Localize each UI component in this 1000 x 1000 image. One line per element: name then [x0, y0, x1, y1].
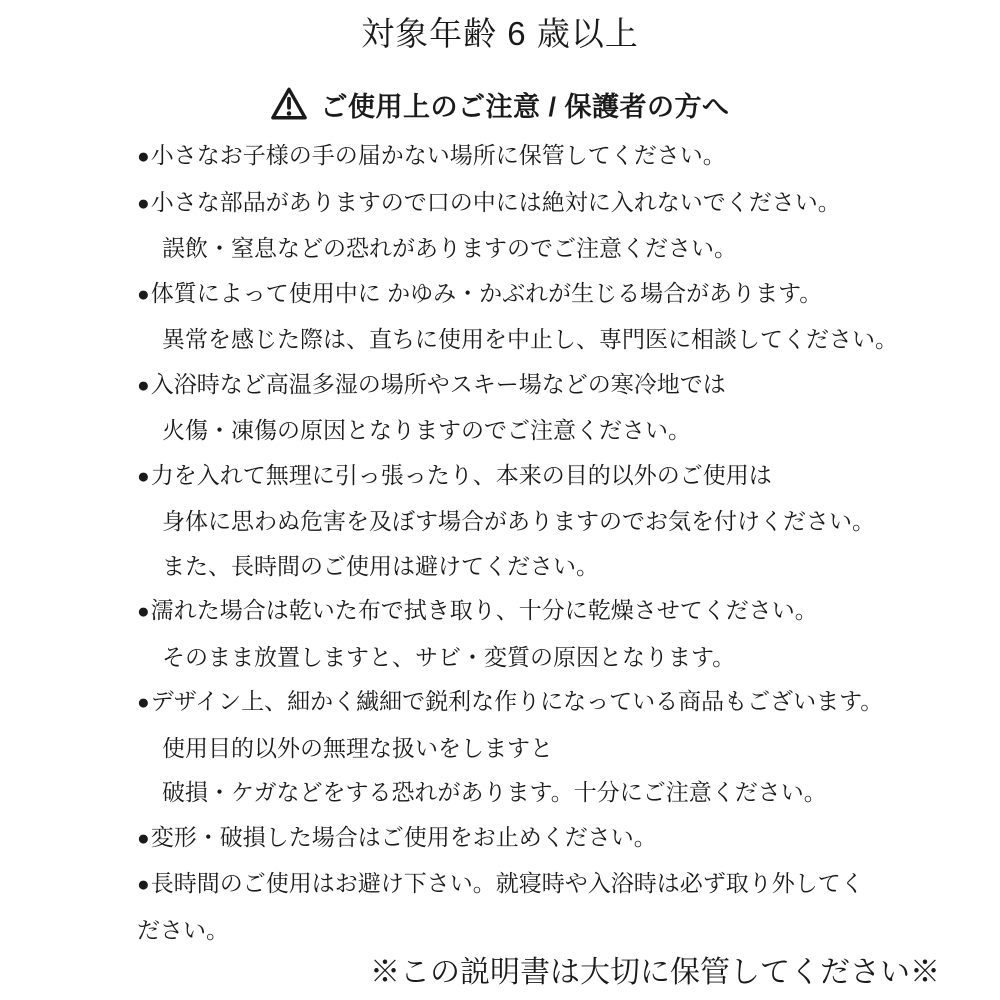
notice-item-continuation: 破損・ケガなどをする恐れがあります。十分にご注意ください。 [137, 770, 1000, 815]
caution-heading-text: ご使用上のご注意 / 保護者の方へ [320, 85, 729, 124]
notice-item: ●デザイン上、細かく繊細で鋭利な作りになっている商品もございます。 [137, 679, 1000, 726]
caution-heading: ご使用上のご注意 / 保護者の方へ [0, 85, 1000, 123]
bullet-icon: ● [137, 374, 150, 397]
bullet-icon: ● [137, 873, 150, 896]
bullet-icon: ● [137, 691, 150, 714]
notice-item-continuation: 火傷・凍傷の原因となりますのでご注意ください。 [137, 408, 1000, 453]
warning-triangle-icon [270, 86, 308, 122]
care-instructions-sheet: 対象年齢 6 歳以上 ご使用上のご注意 / 保護者の方へ ●小さなお子様の手の届… [0, 0, 1000, 1000]
notice-item-continuation: 異常を感じた際は、直ちに使用を中止し、専門医に相談してください。 [137, 317, 1000, 362]
notice-item: ●小さなお子様の手の届かない場所に保管してください。 [137, 133, 1000, 180]
bullet-icon: ● [137, 600, 150, 623]
notice-item: ●体質によって使用中に かゆみ・かぶれが生じる場合があります。 [137, 271, 1000, 318]
notice-item-continuation: 使用目的以外の無理な扱いをしますと [137, 726, 1000, 771]
bullet-icon: ● [137, 465, 150, 488]
notice-item: ●入浴時など高温多湿の場所やスキー場などの寒冷地では [137, 362, 1000, 409]
bullet-icon: ● [137, 827, 150, 850]
bullet-icon: ● [137, 192, 150, 215]
bullet-icon: ● [137, 283, 150, 306]
notice-item: ●変形・破損した場合はご使用をお止めください。 [137, 815, 1000, 862]
notice-item: ●力を入れて無理に引っ張ったり、本来の目的以外のご使用は [137, 453, 1000, 500]
notice-item-continuation: そのまま放置しますと、サビ・変質の原因となります。 [137, 635, 1000, 680]
notice-item: ●小さな部品がありますので口の中には絶対に入れないでください。 [137, 180, 1000, 227]
keep-instructions-note: ※この説明書は大切に保管してください※ [370, 952, 1000, 994]
notice-item-continuation: 誤飲・窒息などの恐れがありますのでご注意ください。 [137, 226, 1000, 271]
notice-item-continuation: また、長時間のご使用は避けてください。 [137, 544, 1000, 589]
notice-item: ●濡れた場合は乾いた布で拭き取り、十分に乾燥させてください。 [137, 588, 1000, 635]
caution-list: ●小さなお子様の手の届かない場所に保管してください。●小さな部品がありますので口… [137, 133, 1000, 952]
notice-item-continuation: 身体に思わぬ危害を及ぼす場合がありますのでお気を付けください。 [137, 499, 1000, 544]
age-recommendation-title: 対象年齢 6 歳以上 [0, 16, 1000, 52]
bullet-icon: ● [137, 145, 150, 168]
notice-item: ●長時間のご使用はお避け下さい。就寝時や入浴時は必ず取り外してく [137, 861, 1000, 908]
notice-item-continuation: ださい。 [137, 908, 1000, 953]
